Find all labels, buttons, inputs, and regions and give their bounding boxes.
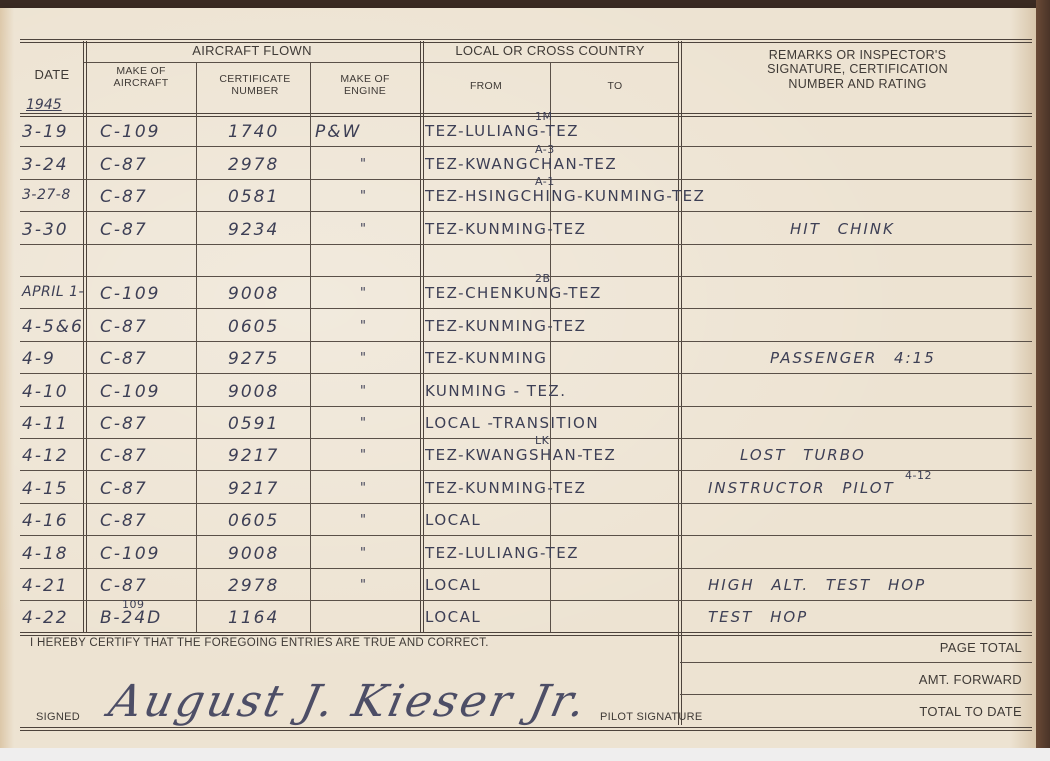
row-rule xyxy=(20,600,1032,601)
row-rule xyxy=(20,438,1032,439)
entry-engine-ditto: " xyxy=(360,481,366,496)
entry-date: 4-15 xyxy=(22,479,69,499)
entry-date: 4-9 xyxy=(22,349,56,369)
entry-remarks-note: 4-12 xyxy=(905,469,932,482)
entry-certificate: 9217 xyxy=(228,446,279,466)
entry-remarks: INSTRUCTOR PILOT xyxy=(708,479,895,497)
entry-aircraft: C-109 xyxy=(100,544,160,564)
entry-aircraft-note: 109 xyxy=(122,598,145,611)
entry-remarks: LOST TURBO xyxy=(740,446,866,464)
entry-aircraft: C-87 xyxy=(100,511,148,531)
entry-remarks: HIT CHINK xyxy=(790,220,895,238)
entry-engine-ditto: " xyxy=(360,351,366,366)
entry-aircraft: C-87 xyxy=(100,220,148,240)
entry-route: TEZ-KUNMING xyxy=(425,349,547,367)
group-header-divider xyxy=(84,62,678,63)
row-rule xyxy=(20,146,1032,147)
entry-date: 4-12 xyxy=(22,446,69,466)
entry-engine-ditto: " xyxy=(360,286,366,301)
entry-date: 4-11 xyxy=(22,414,69,434)
pilot-signature-label: PILOT SIGNATURE xyxy=(600,711,703,723)
page-bottom-shadow xyxy=(0,748,1050,761)
page-total-divider xyxy=(680,662,1032,663)
entry-route-note: A-3 xyxy=(535,143,555,156)
signed-label: SIGNED xyxy=(36,711,80,723)
entry-date: 3-19 xyxy=(22,122,69,142)
entry-route: TEZ-KWANGCHAN-TEZ xyxy=(425,155,617,173)
entry-route: LOCAL xyxy=(425,608,481,626)
header-bottom-border xyxy=(20,113,1032,117)
entry-route: LOCAL -TRANSITION xyxy=(425,414,599,432)
entry-route-note: LK xyxy=(535,434,549,447)
entry-remarks: TEST HOP xyxy=(708,608,808,626)
row-rule xyxy=(20,406,1032,407)
entry-date: 3-30 xyxy=(22,220,69,240)
entry-engine-ditto: " xyxy=(360,189,366,204)
entry-engine-ditto: " xyxy=(360,513,366,528)
entry-certificate: 9008 xyxy=(228,284,279,304)
entry-aircraft: C-87 xyxy=(100,576,148,596)
entry-certificate: 9008 xyxy=(228,544,279,564)
entry-date: 4-18 xyxy=(22,544,69,564)
entry-engine-ditto: " xyxy=(360,448,366,463)
book-spine-edge xyxy=(1036,0,1050,761)
entry-aircraft: C-109 xyxy=(100,122,160,142)
entry-aircraft: C-109 xyxy=(100,382,160,402)
entry-route: TEZ-KUNMING-TEZ xyxy=(425,317,586,335)
certificate-column-divider xyxy=(310,62,311,632)
entry-certificate: 9275 xyxy=(228,349,279,369)
make-column-divider xyxy=(196,62,197,632)
row-rule xyxy=(20,373,1032,374)
entry-route: TEZ-LULIANG-TEZ xyxy=(425,544,579,562)
remarks-column-divider xyxy=(678,41,682,725)
row-rule xyxy=(20,276,1032,277)
entry-date: 4-5&6 xyxy=(22,317,84,337)
row-rule xyxy=(20,470,1032,471)
entry-engine-ditto: " xyxy=(360,222,366,237)
entry-engine: P&W xyxy=(315,122,361,142)
header-local-or-cross-country: LOCAL OR CROSS COUNTRY xyxy=(422,44,678,59)
entry-certificate: 0591 xyxy=(228,414,279,434)
page-total-label: PAGE TOTAL xyxy=(940,640,1022,655)
entry-engine-ditto: " xyxy=(360,578,366,593)
entry-route: TEZ-HSINGCHING-KUNMING-TEZ xyxy=(425,187,705,205)
entry-route: KUNMING - TEZ. xyxy=(425,382,566,400)
header-make-of-aircraft: MAKE OF AIRCRAFT xyxy=(108,65,174,89)
entry-route: TEZ-KUNMING-TEZ xyxy=(425,479,586,497)
entry-certificate: 2978 xyxy=(228,155,279,175)
entry-date: 3-27-8 xyxy=(22,187,71,203)
entry-engine-ditto: " xyxy=(360,546,366,561)
pilot-signature: August J. Kieser Jr. xyxy=(105,676,593,727)
entry-route-note: 2B xyxy=(535,272,551,285)
row-rule xyxy=(20,211,1032,212)
row-rule xyxy=(20,568,1032,569)
entry-route: TEZ-LULIANG-TEZ xyxy=(425,122,579,140)
entry-aircraft: C-87 xyxy=(100,349,148,369)
entry-route-note: A-1 xyxy=(535,175,555,188)
total-to-date-label: TOTAL TO DATE xyxy=(919,704,1022,719)
header-date: DATE xyxy=(20,68,84,83)
entry-engine-ditto: " xyxy=(360,157,366,172)
entry-date: 4-16 xyxy=(22,511,69,531)
entry-date: 3-24 xyxy=(22,155,69,175)
entry-route: LOCAL xyxy=(425,576,481,594)
entry-aircraft: C-87 xyxy=(100,446,148,466)
row-rule xyxy=(20,244,1032,245)
entry-aircraft: C-87 xyxy=(100,155,148,175)
entry-aircraft: B-24D xyxy=(100,608,162,628)
entry-route: TEZ-KWANGSHAN-TEZ xyxy=(425,446,616,464)
certify-statement: I HEREBY CERTIFY THAT THE FOREGOING ENTR… xyxy=(30,637,489,649)
entry-route: TEZ-KUNMING-TEZ xyxy=(425,220,586,238)
entry-date: 4-21 xyxy=(22,576,69,596)
header-remarks: REMARKS OR INSPECTOR'S SIGNATURE, CERTIF… xyxy=(745,48,970,91)
amt-forward-label: AMT. FORWARD xyxy=(919,672,1022,687)
entry-certificate: 1164 xyxy=(228,608,279,628)
entry-certificate: 2978 xyxy=(228,576,279,596)
entry-route-note: 1M xyxy=(535,110,553,123)
entry-date: 4-22 xyxy=(22,608,69,628)
header-to: TO xyxy=(552,80,678,92)
entry-remarks: PASSENGER 4:15 xyxy=(770,349,936,367)
entry-route: LOCAL xyxy=(425,511,481,529)
entry-engine-ditto: " xyxy=(360,384,366,399)
row-rule xyxy=(20,308,1032,309)
entries-bottom-border xyxy=(20,632,1032,636)
entry-certificate: 0605 xyxy=(228,511,279,531)
header-from: FROM xyxy=(422,80,550,92)
header-year: 1945 xyxy=(26,97,62,113)
engine-column-divider xyxy=(420,41,424,632)
row-rule xyxy=(20,179,1032,180)
entry-aircraft: C-87 xyxy=(100,187,148,207)
footer-bottom-border xyxy=(20,727,1032,731)
entry-aircraft: C-87 xyxy=(100,414,148,434)
entry-aircraft: C-109 xyxy=(100,284,160,304)
row-rule xyxy=(20,535,1032,536)
entry-route: TEZ-CHENKUNG-TEZ xyxy=(425,284,602,302)
entry-certificate: 1740 xyxy=(228,122,279,142)
entry-aircraft: C-87 xyxy=(100,479,148,499)
header-make-of-engine: MAKE OF ENGINE xyxy=(325,73,405,97)
entry-engine-ditto: " xyxy=(360,416,366,431)
entry-certificate: 9008 xyxy=(228,382,279,402)
header-aircraft-flown: AIRCRAFT FLOWN xyxy=(84,44,420,59)
entry-remarks: HIGH ALT. TEST HOP xyxy=(708,576,926,594)
row-rule xyxy=(20,341,1032,342)
row-rule xyxy=(20,503,1032,504)
entry-date: APRIL 1- xyxy=(22,284,84,300)
entry-certificate: 0581 xyxy=(228,187,279,207)
entry-certificate: 9234 xyxy=(228,220,279,240)
entry-date: 4-10 xyxy=(22,382,69,402)
entry-aircraft: C-87 xyxy=(100,317,148,337)
header-certificate-number: CERTIFICATE NUMBER xyxy=(205,73,305,97)
entry-certificate: 0605 xyxy=(228,317,279,337)
entry-engine-ditto: " xyxy=(360,319,366,334)
entry-certificate: 9217 xyxy=(228,479,279,499)
amt-forward-divider xyxy=(680,694,1032,695)
